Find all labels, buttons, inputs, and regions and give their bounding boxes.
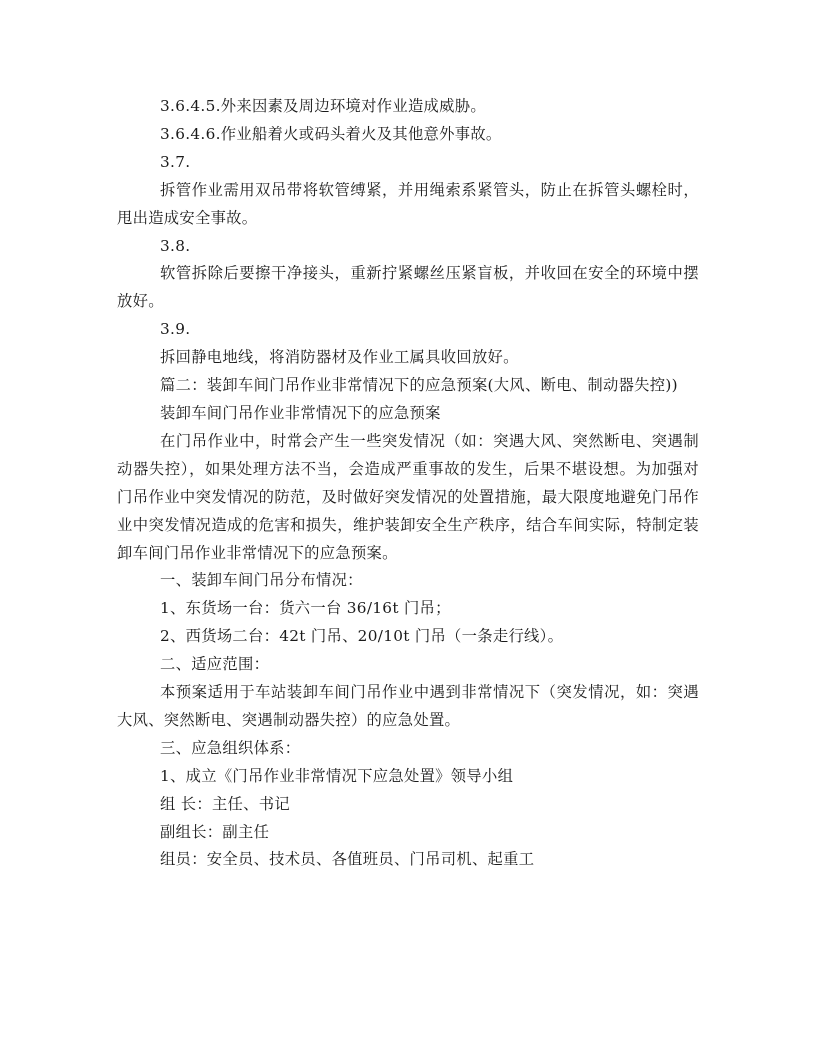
scope-paragraph: 本预案适用于车站装卸车间门吊作业中遇到非常情况下（突发情况，如：突遇大风、突然断… xyxy=(117,679,699,735)
list-item-leading-group: 1、成立《门吊作业非常情况下应急处置》领导小组 xyxy=(117,763,699,791)
group-members: 组员：安全员、技术员、各值班员、门吊司机、起重工 xyxy=(117,846,699,874)
section-3-6-4-6: 3.6.4.6.作业船着火或码头着火及其他意外事故。 xyxy=(117,121,699,149)
document-page: 3.6.4.5.外来因素及周边环境对作业造成威胁。 3.6.4.6.作业船着火或… xyxy=(117,93,699,874)
section-3-7-body: 拆管作业需用双吊带将软管缚紧，并用绳索系紧管头，防止在拆管头螺栓时，甩出造成安全… xyxy=(117,177,699,233)
section-3-9-body: 拆回静电地线，将消防器材及作业工属具收回放好。 xyxy=(117,344,699,372)
section-3-8-body: 软管拆除后要擦干净接头，重新拧紧螺丝压紧盲板，并收回在安全的环境中摆放好。 xyxy=(117,260,699,316)
part-two-title: 篇二：装卸车间门吊作业非常情况下的应急预案(大风、断电、制动器失控)) xyxy=(117,372,699,400)
list-item-west-yard: 2、西货场二台：42t 门吊、20/10t 门吊（一条走行线）。 xyxy=(117,623,699,651)
heading-scope: 二、适应范围： xyxy=(117,651,699,679)
section-3-6-4-5: 3.6.4.5.外来因素及周边环境对作业造成威胁。 xyxy=(117,93,699,121)
deputy-group-leader: 副组长：副主任 xyxy=(117,819,699,847)
intro-paragraph: 在门吊作业中，时常会产生一些突发情况（如：突遇大风、突然断电、突遇制动器失控），… xyxy=(117,428,699,568)
plan-title: 装卸车间门吊作业非常情况下的应急预案 xyxy=(117,400,699,428)
section-3-8-heading: 3.8. xyxy=(117,233,699,261)
heading-organization: 三、应急组织体系： xyxy=(117,735,699,763)
section-3-7-heading: 3.7. xyxy=(117,149,699,177)
section-3-9-heading: 3.9. xyxy=(117,316,699,344)
list-item-east-yard: 1、东货场一台：货六一台 36/16t 门吊； xyxy=(117,595,699,623)
group-leader: 组 长：主任、书记 xyxy=(117,791,699,819)
heading-crane-distribution: 一、装卸车间门吊分布情况： xyxy=(117,567,699,595)
